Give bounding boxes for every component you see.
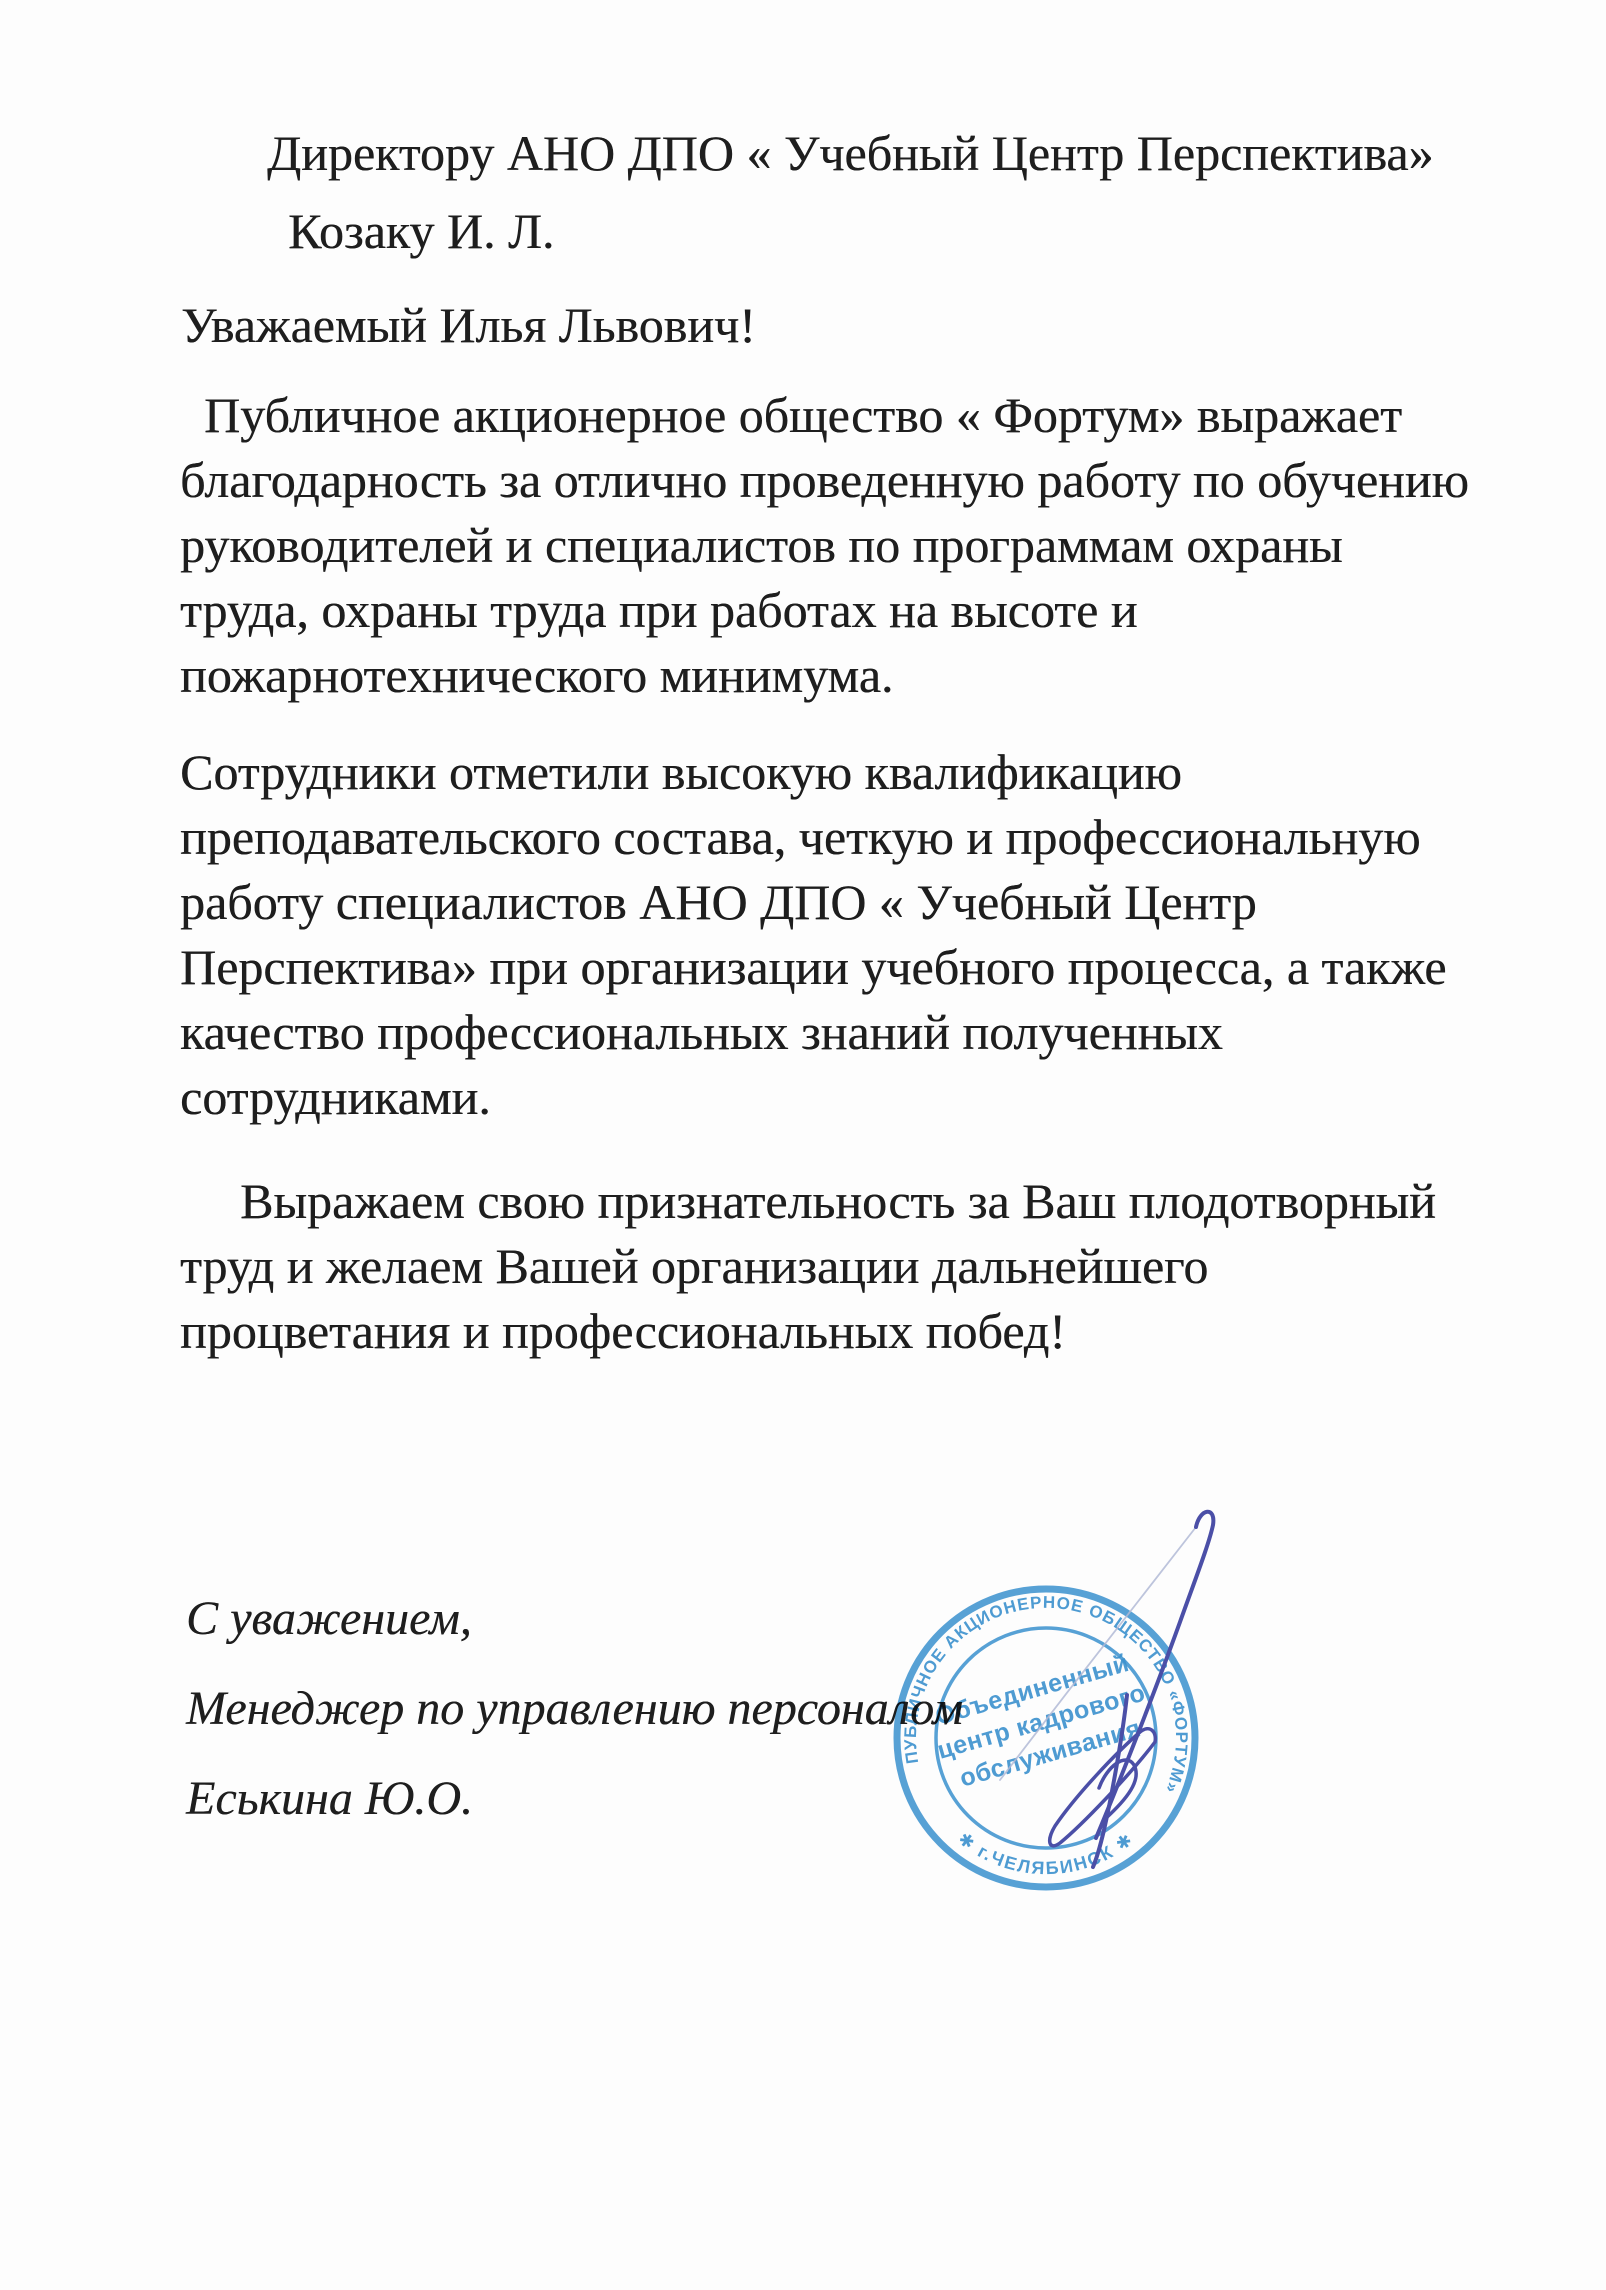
addressee-line-1: Директору АНО ДПО « Учебный Центр Перспе… <box>267 121 1434 186</box>
paragraph-line: процветания и профессиональных побед! <box>180 1299 1436 1364</box>
paragraph-line: работу специалистов АНО ДПО « Учебный Це… <box>180 870 1446 935</box>
paragraph-2: Сотрудники отметили высокую квалификацию… <box>180 740 1446 1130</box>
paragraph-line: Публичное акционерное общество « Фортум»… <box>204 383 1469 448</box>
paragraph-3: Выражаем свою признательность за Ваш пло… <box>180 1169 1436 1364</box>
closing-regards: С уважением, <box>186 1586 472 1651</box>
paragraph-line: Выражаем свою признательность за Ваш пло… <box>240 1169 1436 1234</box>
scanned-letter-page: Директору АНО ДПО « Учебный Центр Перспе… <box>0 0 1606 2290</box>
stamp-graphic: ПУБЛИЧНОЕ АКЦИОНЕРНОЕ ОБЩЕСТВО «ФОРТУМ» … <box>897 1589 1195 1887</box>
paragraph-line: благодарность за отлично проведенную раб… <box>180 448 1469 513</box>
paragraph-line: труда, охраны труда при работах на высот… <box>180 578 1469 643</box>
paragraph-line: руководителей и специалистов по программ… <box>180 513 1469 578</box>
paragraph-line: Сотрудники отметили высокую квалификацию <box>180 740 1446 805</box>
paragraph-line: качество профессиональных знаний получен… <box>180 1000 1446 1065</box>
paragraph-line: преподавательского состава, четкую и про… <box>180 805 1446 870</box>
closing-name: Еськина Ю.О. <box>186 1766 473 1831</box>
closing-job-title: Менеджер по управлению персоналом <box>186 1676 963 1741</box>
company-stamp: ПУБЛИЧНОЕ АКЦИОНЕРНОЕ ОБЩЕСТВО «ФОРТУМ» … <box>850 1470 1270 1950</box>
addressee-line-2: Козаку И. Л. <box>288 199 554 264</box>
salutation: Уважаемый Илья Львович! <box>181 293 756 358</box>
paragraph-line: сотрудниками. <box>180 1065 1446 1130</box>
paragraph-line: Перспектива» при организации учебного пр… <box>180 935 1446 1000</box>
paragraph-1: Публичное акционерное общество « Фортум»… <box>180 383 1469 708</box>
paragraph-line: пожарнотехнического минимума. <box>180 643 1469 708</box>
paragraph-line: труд и желаем Вашей организации дальнейш… <box>180 1234 1436 1299</box>
